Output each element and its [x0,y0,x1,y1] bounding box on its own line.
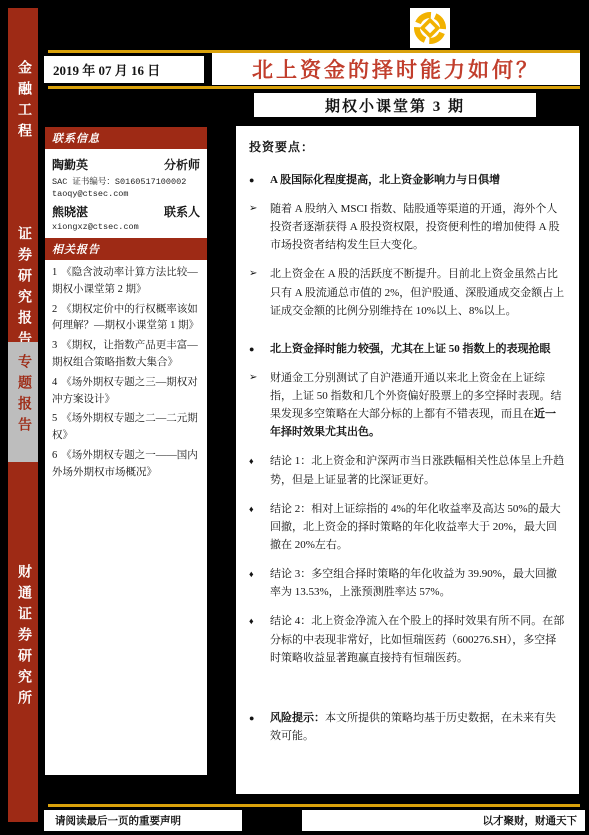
report-number: 2 [52,304,57,315]
related-reports-list: 1《隐含波动率计算方法比较—期权小课堂第 2 期》 2《期权定价中的行权概率该如… [45,260,207,490]
conclusion-label: 结论 1： [270,455,311,467]
report-title-text: 《期权，让指数产品更丰富—期权组合策略指数大集合》 [52,340,198,368]
report-number: 3 [52,340,57,351]
disc-bullet-icon: ● [249,340,270,358]
diamond-bullet-icon: ♦ [249,452,270,488]
diamond-bullet-icon: ♦ [249,500,270,554]
coin-logo-icon [413,11,447,45]
report-title-text: 《场外期权专题之二—二元期权》 [52,413,198,441]
investment-points-heading: 投资要点： [249,138,566,158]
contact-person-role: 联系人 [164,203,200,220]
report-number: 6 [52,450,57,461]
contact-person-email: xiongxz@ctsec.com [52,222,200,232]
report-cover-page: 金融工程 证券研究报告 专题报告 财通证券研究所 2019 年 07 月 16 … [0,0,589,835]
conclusion-text: 结论 3：多空组合择时策略的年化收益为 39.90%，最大回撤率为 13.53%… [270,565,566,601]
conclusion-body: 北上资金和沪深两市当日涨跌幅相关性总体呈上升趋势，但是上证显著的比深证更好。 [270,455,564,485]
conclusion-text: 结论 1：北上资金和沪深两市当日涨跌幅相关性总体呈上升趋势，但是上证显著的比深证… [270,452,566,488]
investment-points-panel: 投资要点： ● A 股国际化程度提高，北上资金影响力与日俱增 ➢ 随着 A 股纳… [235,125,580,795]
related-report-item: 5《场外期权专题之二—二元期权》 [52,411,200,445]
sidebar-label-institute: 财通证券研究所 [8,564,38,711]
risk-warning-item: ● 风险提示：本文所提供的策略均基于历史数据，在未来有失效可能。 [249,709,566,745]
paragraph-item: ➢ 财通金工分别测试了自沪港通开通以来北上资金在上证综指，上证 50 指数和几个… [249,369,566,442]
conclusion-item: ♦ 结论 2：相对上证综指的 4%的年化收益率及高达 50%的最大回撤，北上资金… [249,500,566,554]
arrow-bullet-icon: ➢ [249,200,270,254]
paragraph-item: ➢ 随着 A 股纳入 MSCI 指数、陆股通等渠道的开通，海外个人投资者逐渐获得… [249,200,566,254]
risk-warning-label: 风险提示： [270,712,325,724]
company-logo [410,8,450,48]
paragraph-text: 财通金工分别测试了自沪港通开通以来北上资金在上证综指，上证 50 指数和几个外资… [270,369,566,442]
report-title: 北上资金的择时能力如何？ [212,53,580,85]
header-gold-rule-bottom [48,86,580,89]
key-point-item: ● A 股国际化程度提高，北上资金影响力与日俱增 [249,171,566,189]
info-column: 联系信息 陶勤英 分析师 SAC 证书编号：S0160517100002 tao… [44,126,208,776]
diamond-bullet-icon: ♦ [249,565,270,601]
report-title-text: 《期权定价中的行权概率该如何理解？—期权小课堂第 1 期》 [52,304,199,332]
left-sidebar: 金融工程 证券研究报告 专题报告 财通证券研究所 [8,8,38,822]
footer-slogan: 以才聚财，财通天下 [302,810,585,831]
contact-person-row: 熊晓湛 联系人 [52,203,200,220]
conclusion-label: 结论 2： [270,503,311,515]
report-date: 2019 年 07 月 16 日 [44,56,204,83]
report-title-text: 《隐含波动率计算方法比较—期权小课堂第 2 期》 [52,267,198,295]
conclusion-label: 结论 4： [270,615,311,627]
conclusion-label: 结论 3： [270,568,311,580]
sidebar-special-report-badge: 专题报告 [8,342,38,462]
sidebar-label-financial-engineering: 金融工程 [8,60,38,144]
contact-info-header: 联系信息 [45,127,207,149]
report-subtitle: 期权小课堂第 3 期 [253,92,537,118]
sidebar-label-special-report: 专题报告 [8,354,38,438]
disc-bullet-icon: ● [249,171,270,189]
report-title-text: 《场外期权专题之三—期权对冲方案设计》 [52,377,198,405]
related-report-item: 1《隐含波动率计算方法比较—期权小课堂第 2 期》 [52,265,200,299]
sidebar-label-securities-research: 证券研究报告 [8,226,38,352]
paragraph-text: 随着 A 股纳入 MSCI 指数、陆股通等渠道的开通，海外个人投资者逐渐获得 A… [270,200,566,254]
conclusion-item: ♦ 结论 1：北上资金和沪深两市当日涨跌幅相关性总体呈上升趋势，但是上证显著的比… [249,452,566,488]
analyst-email: taoqy@ctsec.com [52,189,200,199]
analyst-role: 分析师 [164,156,200,173]
conclusion-body: 北上资金净流入在个股上的择时效果有所不同。在部分标的中表现非常好，比如恒瑞医药（… [270,615,564,663]
paragraph-item: ➢ 北上资金在 A 股的活跃度不断提升。目前北上资金虽然占比只有 A 股流通总市… [249,265,566,319]
report-number: 5 [52,413,57,424]
risk-warning-text: 风险提示：本文所提供的策略均基于历史数据，在未来有失效可能。 [270,709,566,745]
contact-person-name: 熊晓湛 [52,203,88,220]
conclusion-item: ♦ 结论 3：多空组合择时策略的年化收益为 39.90%，最大回撤率为 13.5… [249,565,566,601]
related-report-item: 2《期权定价中的行权概率该如何理解？—期权小课堂第 1 期》 [52,302,200,336]
arrow-bullet-icon: ➢ [249,369,270,442]
conclusion-body: 相对上证综指的 4%的年化收益率及高达 50%的最大回撤，北上资金的择时策略的年… [270,503,561,551]
report-number: 4 [52,377,57,388]
analyst-name: 陶勤英 [52,156,88,173]
report-number: 1 [52,267,57,278]
related-reports-header: 相关报告 [45,238,207,260]
disc-bullet-icon: ● [249,709,270,745]
conclusion-item: ♦ 结论 4：北上资金净流入在个股上的择时效果有所不同。在部分标的中表现非常好，… [249,612,566,666]
analyst-cert-number: SAC 证书编号：S0160517100002 [52,175,200,187]
analyst-row: 陶勤英 分析师 [52,156,200,173]
related-report-item: 6《场外期权专题之一——国内外场外期权市场概况》 [52,448,200,482]
key-point-text: 北上资金择时能力较强，尤其在上证 50 指数上的表现抢眼 [270,340,566,358]
key-point-text: A 股国际化程度提高，北上资金影响力与日俱增 [270,171,566,189]
conclusion-text: 结论 4：北上资金净流入在个股上的择时效果有所不同。在部分标的中表现非常好，比如… [270,612,566,666]
footer-disclaimer: 请阅读最后一页的重要声明 [44,810,242,831]
related-report-item: 3《期权，让指数产品更丰富—期权组合策略指数大集合》 [52,338,200,372]
conclusion-text: 结论 2：相对上证综指的 4%的年化收益率及高达 50%的最大回撤，北上资金的择… [270,500,566,554]
diamond-bullet-icon: ♦ [249,612,270,666]
key-point-item: ● 北上资金择时能力较强，尤其在上证 50 指数上的表现抢眼 [249,340,566,358]
paragraph-text: 北上资金在 A 股的活跃度不断提升。目前北上资金虽然占比只有 A 股流通总市值的… [270,265,566,319]
arrow-bullet-icon: ➢ [249,265,270,319]
related-report-item: 4《场外期权专题之三—期权对冲方案设计》 [52,375,200,409]
footer-gold-rule [48,804,580,807]
report-title-text: 《场外期权专题之一——国内外场外期权市场概况》 [52,450,198,478]
paragraph-text-normal: 财通金工分别测试了自沪港通开通以来北上资金在上证综指，上证 50 指数和几个外资… [270,372,562,420]
contact-block: 陶勤英 分析师 SAC 证书编号：S0160517100002 taoqy@ct… [45,149,207,238]
conclusion-body: 多空组合择时策略的年化收益为 39.90%，最大回撤率为 13.53%，上涨预测… [270,568,557,598]
